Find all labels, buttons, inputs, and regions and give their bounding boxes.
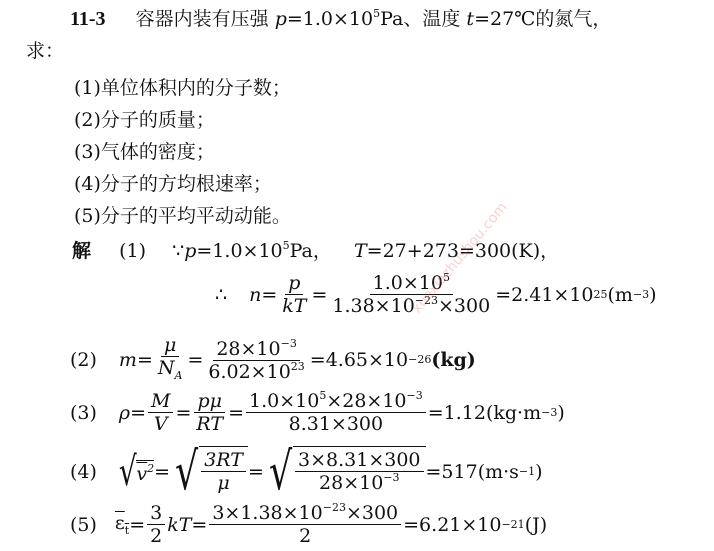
question-1: (1)单位体积内的分子数； (74, 77, 291, 99)
fraction: MV (148, 390, 173, 435)
sqrt: √v2 (115, 452, 154, 492)
fraction: pμRT (193, 390, 226, 435)
fraction: pkT (279, 272, 309, 317)
sqrt: √3RTμ (170, 446, 248, 498)
fraction: 1.0×105×28×10−3 8.31×300 (246, 390, 426, 435)
fraction: 1.0×105 1.38×10−23×300 (329, 272, 493, 317)
question-5: (5)分子的平均平动动能。 (74, 205, 291, 227)
sqrt: √3×8.31×30028×10−3 (264, 446, 426, 498)
solution-3-equation: (3) ρ= MV = pμRT = 1.0×105×28×10−3 8.31×… (70, 390, 565, 435)
problem-number: 11-3 (70, 8, 106, 30)
solution-label: 解 (72, 240, 91, 262)
fraction: 28×10−3 6.02×1023 (205, 338, 307, 383)
problem-statement: 11-3 容器内装有压强 p=1.0×105Pa、温度 t=27℃的氮气， (70, 8, 611, 30)
solution-1-given: 解 (1) ∵p=1.0×105Pa， T=27+273=300(K)， (72, 240, 559, 262)
question-3: (3)气体的密度； (74, 141, 215, 163)
solution-4-equation: (4) √v2 = √3RTμ = √3×8.31×30028×10−3 =51… (70, 446, 543, 498)
fraction: 3×1.38×10−23×300 2 (209, 502, 401, 547)
fraction: 32 (147, 502, 165, 547)
question-4: (4)分子的方均根速率； (74, 173, 272, 195)
solution-2-equation: (2) m= μNA = 28×10−3 6.02×1023 =4.65×10−… (70, 334, 476, 387)
fraction: μNA (155, 334, 186, 387)
solution-5-equation: (5) εt = 32 kT= 3×1.38×10−23×300 2 =6.21… (70, 502, 547, 547)
question-2: (2)分子的质量； (74, 109, 215, 131)
ask-label: 求： (26, 40, 64, 62)
